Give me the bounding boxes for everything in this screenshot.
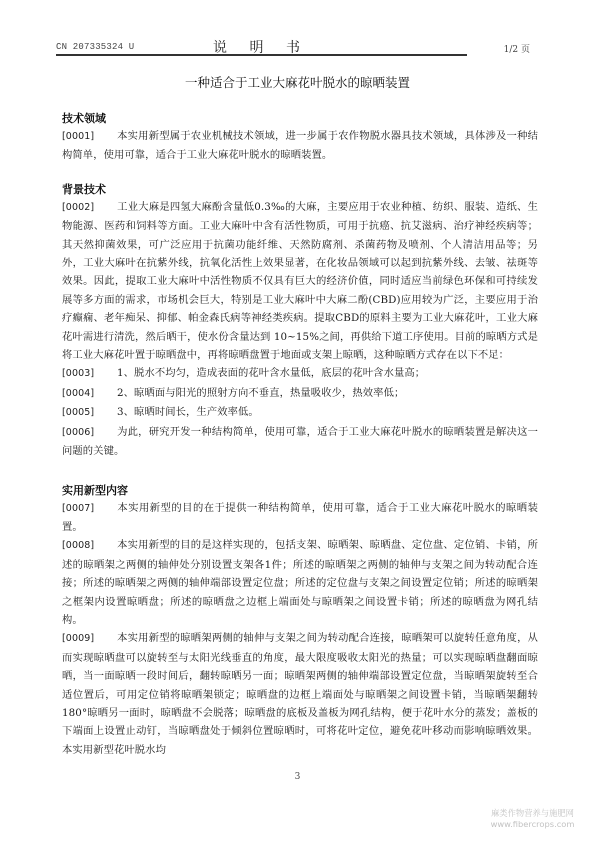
paragraph-number: [0007] (62, 500, 117, 518)
paragraph-number: [0005] (62, 404, 117, 422)
header-rule (56, 54, 467, 56)
document-body: 技术领域 [0001]本实用新型属于农业机械技术领域，进一步属于农作物脱水器具技… (62, 110, 538, 759)
page-indicator: 1/2 页 (504, 42, 530, 55)
paragraph-number: [0001] (62, 128, 117, 146)
watermark-site-name: 麻类作物营养与施肥网 (470, 808, 595, 819)
document-title: 一种适合于工业大麻花叶脱水的晾晒装置 (0, 73, 595, 91)
paragraph: [0004]2、晾晒面与阳光的照射方向不垂直，热量吸收少，热效率低； (62, 384, 538, 403)
paragraph-text: 为此，研究开发一种结构简单，使用可靠，适合于工业大麻花叶脱水的晾晒装置是解决这一… (62, 426, 538, 457)
paragraph-number: [0003] (62, 365, 117, 383)
paragraph-text: 2、晾晒面与阳光的照射方向不垂直，热量吸收少，热效率低； (117, 387, 404, 399)
paragraph-number: [0004] (62, 385, 117, 403)
section-utility-model-content: 实用新型内容 [0007]本实用新型的目的在于提供一种结构简单，使用可靠，适合于… (62, 482, 538, 760)
paragraph-number: [0009] (62, 630, 117, 648)
paragraph-text: 本实用新型的晾晒架两侧的轴伸与支架之间为转动配合连接，晾晒架可以旋转任意角度，从… (62, 632, 538, 755)
paragraph: [0003]1、脱水不均匀，造成表面的花叶含水量低，底层的花叶含水量高； (62, 364, 538, 383)
paragraph-text: 工业大麻是四氢大麻酚含量低0.3‰的大麻，主要应用于农业种植、纺织、服装、造纸、… (62, 201, 538, 361)
watermark-url: www.fibercrops.com (470, 819, 595, 830)
section-heading: 背景技术 (62, 181, 538, 198)
paragraph: [0005]3、晾晒时间长，生产效率低。 (62, 403, 538, 422)
paragraph: [0009]本实用新型的晾晒架两侧的轴伸与支架之间为转动配合连接，晾晒架可以旋转… (62, 629, 538, 759)
paragraph: [0007]本实用新型的目的在于提供一种结构简单，使用可靠，适合于工业大麻花叶脱… (62, 499, 538, 537)
site-watermark: 麻类作物营养与施肥网 www.fibercrops.com (470, 808, 595, 830)
paragraph-number: [0002] (62, 199, 117, 217)
section-technical-field: 技术领域 [0001]本实用新型属于农业机械技术领域，进一步属于农作物脱水器具技… (62, 110, 538, 165)
paragraph-text: 本实用新型属于农业机械技术领域，进一步属于农作物脱水器具技术领域，具体涉及一种结… (62, 130, 538, 161)
paragraph-text: 本实用新型的目的在于提供一种结构简单，使用可靠，适合于工业大麻花叶脱水的晾晒装置… (62, 502, 538, 533)
paragraph: [0006]为此，研究开发一种结构简单，使用可靠，适合于工业大麻花叶脱水的晾晒装… (62, 423, 538, 461)
section-heading: 技术领域 (62, 110, 538, 127)
section-heading: 实用新型内容 (62, 482, 538, 499)
paragraph-number: [0008] (62, 537, 117, 555)
paragraph-text: 3、晾晒时间长，生产效率低。 (117, 406, 259, 418)
paragraph-number: [0006] (62, 424, 117, 442)
patent-page: CN 207335324 U 说 明 书 1/2 页 一种适合于工业大麻花叶脱水… (0, 0, 595, 842)
section-background: 背景技术 [0002]工业大麻是四氢大麻酚含量低0.3‰的大麻，主要应用于农业种… (62, 181, 538, 461)
paragraph-text: 本实用新型的目的是这样实现的，包括支架、晾晒架、晾晒盘、定位盘、定位销、卡销，所… (62, 539, 538, 626)
paragraph: [0001]本实用新型属于农业机械技术领域，进一步属于农作物脱水器具技术领域，具… (62, 127, 538, 165)
page-number: 3 (0, 772, 595, 782)
paragraph: [0002]工业大麻是四氢大麻酚含量低0.3‰的大麻，主要应用于农业种植、纺织、… (62, 198, 538, 365)
paragraph: [0008]本实用新型的目的是这样实现的，包括支架、晾晒架、晾晒盘、定位盘、定位… (62, 536, 538, 629)
paragraph-text: 1、脱水不均匀，造成表面的花叶含水量低，底层的花叶含水量高； (117, 367, 425, 379)
